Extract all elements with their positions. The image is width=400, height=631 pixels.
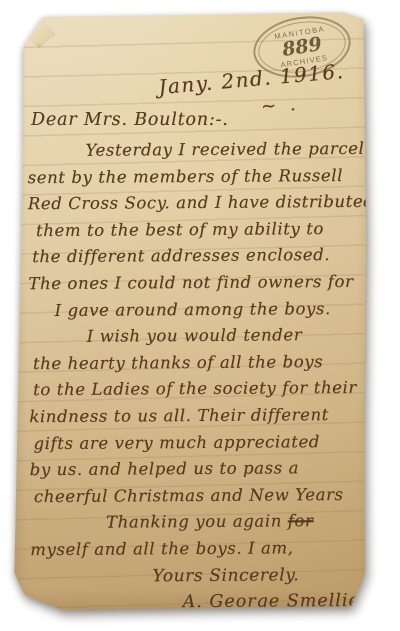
strikethrough-word: for — [288, 511, 314, 530]
thanking-text: Thanking you again — [106, 512, 288, 532]
letter-signature: A. George Smellie . — [30, 588, 360, 617]
letter-line: gifts are very much appreciated — [29, 428, 359, 457]
paper-corner-fold — [22, 14, 56, 48]
letter-paper-wrap: MANITOBA 889 ARCHIVES Jany. 2nd. 1916. ~… — [13, 11, 367, 611]
letter-body: Yesterday I received the parcel sent by … — [27, 136, 360, 617]
letter-signoff: Yours Sincerely. — [30, 561, 360, 590]
letter-paper: MANITOBA 889 ARCHIVES Jany. 2nd. 1916. ~… — [13, 11, 367, 611]
stamp-number: 889 — [281, 35, 323, 60]
letter-line: by us. and helped us to pass a — [30, 455, 360, 484]
letter-line: the hearty thanks of all the boys — [29, 349, 359, 378]
letter-line: them to the best of my ability to — [28, 216, 358, 245]
letter-line: cheerful Christmas and New Years — [30, 482, 360, 511]
scanned-letter-page: MANITOBA 889 ARCHIVES Jany. 2nd. 1916. ~… — [0, 0, 400, 631]
letter-line-thanking: Thanking you again for — [30, 508, 360, 537]
letter-line: The ones I could not find owners for — [28, 269, 358, 298]
letter-date: Jany. 2nd. 1916. — [157, 59, 345, 99]
letter-line: Yesterday I received the parcel — [27, 136, 357, 165]
letter-line: myself and all the boys. I am, — [30, 535, 360, 564]
letter-line: kindness to us all. Their different — [29, 402, 359, 431]
letter-line: the different addresses enclosed. — [28, 242, 358, 271]
letter-line: I wish you would tender — [29, 322, 359, 351]
letter-line: to the Ladies of the society for their — [29, 375, 359, 404]
date-flourish: ~ . — [260, 94, 300, 118]
stamp-region-text: MANITOBA — [274, 25, 326, 40]
letter-line: I gave around among the boys. — [28, 295, 358, 324]
letter-salutation: Dear Mrs. Boulton:-. — [31, 110, 229, 130]
letter-line: Red Cross Socy. and I have distributed — [28, 189, 358, 218]
letter-line: sent by the members of the Russell — [28, 162, 358, 191]
